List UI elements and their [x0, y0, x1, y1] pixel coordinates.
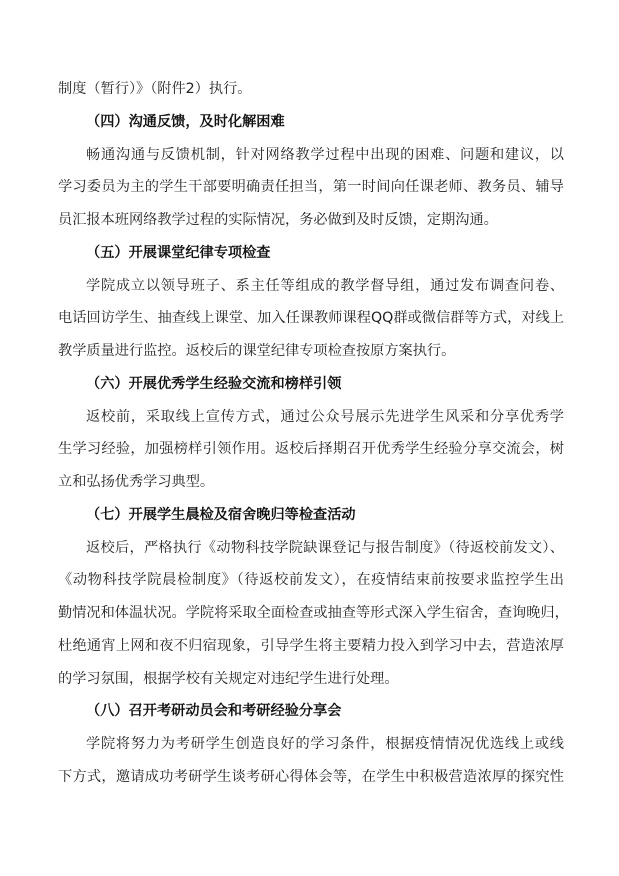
- paragraph-line: 电话回访学生、抽查线上课堂、加入任课教师课程QQ群或微信群等方式，对线上: [58, 307, 564, 340]
- paragraph-line: 学习委员为主的学生干部要明确责任担当，第一时间向任课老师、教务员、辅导: [58, 176, 564, 209]
- paragraph-line: 制度（暂行）》（附件2）执行。: [58, 78, 564, 111]
- paragraph-line: 立和弘扬优秀学习典型。: [58, 471, 564, 504]
- paragraph-line: 的学习氛围，根据学校有关规定对违纪学生进行处理。: [58, 668, 564, 701]
- section-heading-7: （七）开展学生晨检及宿舍晚归等检查活动: [58, 504, 564, 537]
- paragraph-line: 勤情况和体温状况。学院将采取全面检查或抽查等形式深入学生宿舍，查询晚归，: [58, 602, 564, 635]
- document-page: 制度（暂行）》（附件2）执行。 （四）沟通反馈，及时化解困难 畅通沟通与反馈机制…: [0, 0, 619, 876]
- paragraph-line: 下方式，邀请成功考研学生谈考研心得体会等，在学生中积极营造浓厚的探究性: [58, 766, 564, 799]
- paragraph-line: 畅通沟通与反馈机制，针对网络教学过程中出现的困难、问题和建议，以: [58, 144, 564, 177]
- section-heading-5: （五）开展课堂纪律专项检查: [58, 242, 564, 275]
- paragraph-line: 学院将努力为考研学生创造良好的学习条件，根据疫情情况优选线上或线: [58, 733, 564, 766]
- section-heading-4: （四）沟通反馈，及时化解困难: [58, 111, 564, 144]
- document-body: 制度（暂行）》（附件2）执行。 （四）沟通反馈，及时化解困难 畅通沟通与反馈机制…: [58, 78, 564, 799]
- paragraph-line: 返校前，采取线上宣传方式，通过公众号展示先进学生风采和分享优秀学: [58, 406, 564, 439]
- paragraph-line: 生学习经验，加强榜样引领作用。返校后择期召开优秀学生经验分享交流会，树: [58, 438, 564, 471]
- paragraph-line: 《动物科技学院晨检制度》（待返校前发文），在疫情结束前按要求监控学生出: [58, 569, 564, 602]
- paragraph-line: 杜绝通宵上网和夜不归宿现象，引导学生将主要精力投入到学习中去，营造浓厚: [58, 635, 564, 668]
- paragraph-line: 员汇报本班网络教学过程的实际情况，务必做到及时反馈，定期沟通。: [58, 209, 564, 242]
- section-heading-8: （八）召开考研动员会和考研经验分享会: [58, 700, 564, 733]
- section-heading-6: （六）开展优秀学生经验交流和榜样引领: [58, 373, 564, 406]
- paragraph-line: 返校后，严格执行《动物科技学院缺课登记与报告制度》（待返校前发文）、: [58, 537, 564, 570]
- paragraph-line: 教学质量进行监控。返校后的课堂纪律专项检查按原方案执行。: [58, 340, 564, 373]
- paragraph-line: 学院成立以领导班子、系主任等组成的教学督导组，通过发布调查问卷、: [58, 275, 564, 308]
